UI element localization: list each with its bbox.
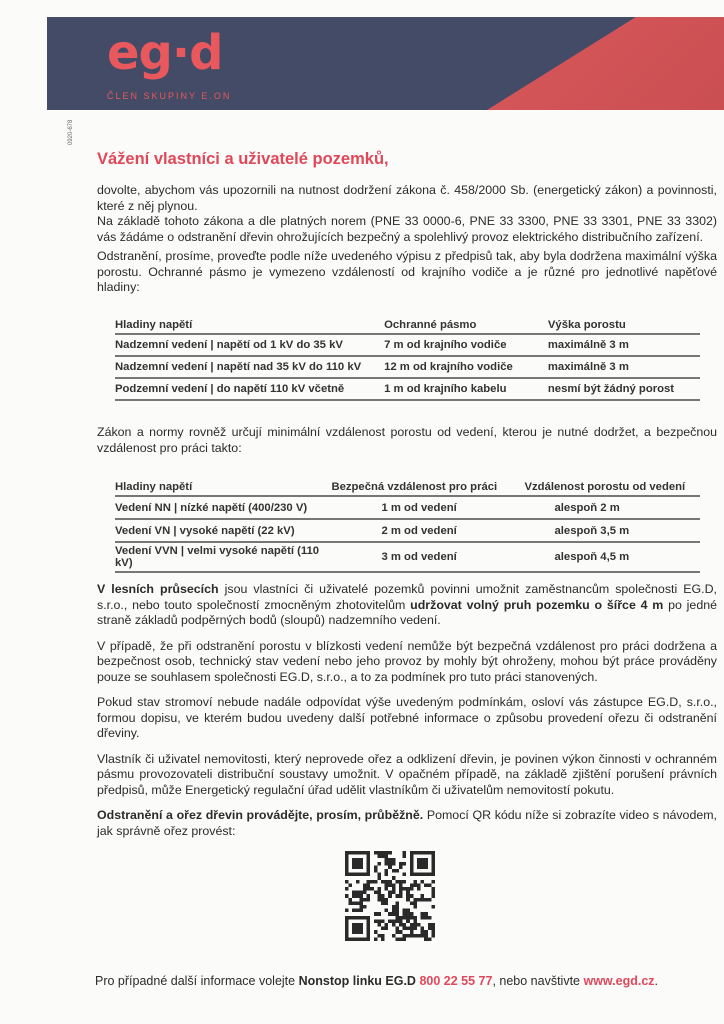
table-header: Ochranné pásmo <box>384 317 548 334</box>
table-cell: maximálně 3 m <box>548 356 700 378</box>
table-cell: Nadzemní vedení | napětí nad 35 kV do 11… <box>115 356 384 378</box>
table-cell: Vedení NN | nízké napětí (400/230 V) <box>115 496 331 519</box>
website-link[interactable]: www.egd.cz <box>583 974 654 988</box>
table-cell: maximálně 3 m <box>548 334 700 356</box>
table-cell: 3 m od vedení <box>331 542 524 572</box>
safety-paragraph: V případě, že při odstranění porostu v b… <box>97 639 717 686</box>
middle-paragraph: Zákon a normy rovněž určují minimální vz… <box>97 425 717 456</box>
table-cell: 12 m od krajního vodiče <box>384 356 548 378</box>
table-header: Výška porostu <box>548 317 700 334</box>
table-cell: Vedení VN | vysoké napětí (22 kV) <box>115 519 331 542</box>
logo-tagline: ČLEN SKUPINY E.ON <box>107 91 231 101</box>
middle-text: Zákon a normy rovněž určují minimální vz… <box>97 425 717 456</box>
table-row: Podzemní vedení | do napětí 110 kV včetn… <box>115 378 700 400</box>
page-title: Vážení vlastníci a uživatelé pozemků, <box>97 150 389 169</box>
qr-paragraph: Odstranění a ořez dřevin provádějte, pro… <box>97 808 717 839</box>
bold-text: udržovat volný pruh pozemku o šířce 4 m <box>410 598 663 612</box>
table-cell: alespoň 3,5 m <box>524 519 700 542</box>
table-cell: Vedení VVN | velmi vysoké napětí (110 kV… <box>115 542 331 572</box>
table-header: Bezpečná vzdálenost pro práci <box>331 479 524 496</box>
text: Pro případné další informace volejte <box>95 974 299 988</box>
info-paragraphs: V lesních průsecích jsou vlastníci či už… <box>97 582 717 839</box>
intro-text: dovolte, abychom vás upozornili na nutno… <box>97 183 717 296</box>
document-code: 0920-678 <box>68 120 74 145</box>
footer-contact: Pro případné další informace volejte Non… <box>95 974 658 988</box>
qr-code-icon[interactable] <box>345 850 435 942</box>
forest-paragraph: V lesních průsecích jsou vlastníci či už… <box>97 582 717 629</box>
protection-zone-table: Hladiny napětí Ochranné pásmo Výška poro… <box>115 317 700 401</box>
table-row: Nadzemní vedení | napětí nad 35 kV do 11… <box>115 356 700 378</box>
egd-logo: eg·d <box>107 25 223 81</box>
intro-paragraph-3: Odstranění, prosíme, proveďte podle níže… <box>97 249 717 296</box>
table-cell: nesmí být žádný porost <box>548 378 700 400</box>
table-cell: 1 m od krajního kabelu <box>384 378 548 400</box>
intro-paragraph-1: dovolte, abychom vás upozornili na nutno… <box>97 183 717 214</box>
letter-paragraph: Pokud stav stromoví nebude nadále odpoví… <box>97 695 717 742</box>
table-row: Vedení VVN | velmi vysoké napětí (110 kV… <box>115 542 700 572</box>
table-header: Hladiny napětí <box>115 479 331 496</box>
table-cell: 2 m od vedení <box>331 519 524 542</box>
header-banner: eg·d ČLEN SKUPINY E.ON <box>47 17 724 110</box>
table-row: Vedení NN | nízké napětí (400/230 V) 1 m… <box>115 496 700 519</box>
table-cell: 1 m od vedení <box>331 496 524 519</box>
table-cell: 7 m od krajního vodiče <box>384 334 548 356</box>
bold-text: V lesních průsecích <box>97 582 219 596</box>
table-cell: alespoň 4,5 m <box>524 542 700 572</box>
phone-link[interactable]: 800 22 55 77 <box>419 974 492 988</box>
table-header: Vzdálenost porostu od vedení <box>524 479 700 496</box>
safe-distance-table: Hladiny napětí Bezpečná vzdálenost pro p… <box>115 479 700 573</box>
text: . <box>655 974 658 988</box>
table-cell: Podzemní vedení | do napětí 110 kV včetn… <box>115 378 384 400</box>
table-row: Nadzemní vedení | napětí od 1 kV do 35 k… <box>115 334 700 356</box>
table-cell: alespoň 2 m <box>524 496 700 519</box>
text: , nebo navštivte <box>492 974 583 988</box>
hotline-label: Nonstop linku EG.D <box>299 974 416 988</box>
banner-diagonal-accent <box>487 17 724 110</box>
intro-paragraph-2: Na základě tohoto zákona a dle platných … <box>97 214 717 245</box>
penalty-paragraph: Vlastník či uživatel nemovitosti, který … <box>97 752 717 799</box>
table-cell: Nadzemní vedení | napětí od 1 kV do 35 k… <box>115 334 384 356</box>
table-row: Vedení VN | vysoké napětí (22 kV) 2 m od… <box>115 519 700 542</box>
table-header: Hladiny napětí <box>115 317 384 334</box>
bold-text: Odstranění a ořez dřevin provádějte, pro… <box>97 808 423 822</box>
